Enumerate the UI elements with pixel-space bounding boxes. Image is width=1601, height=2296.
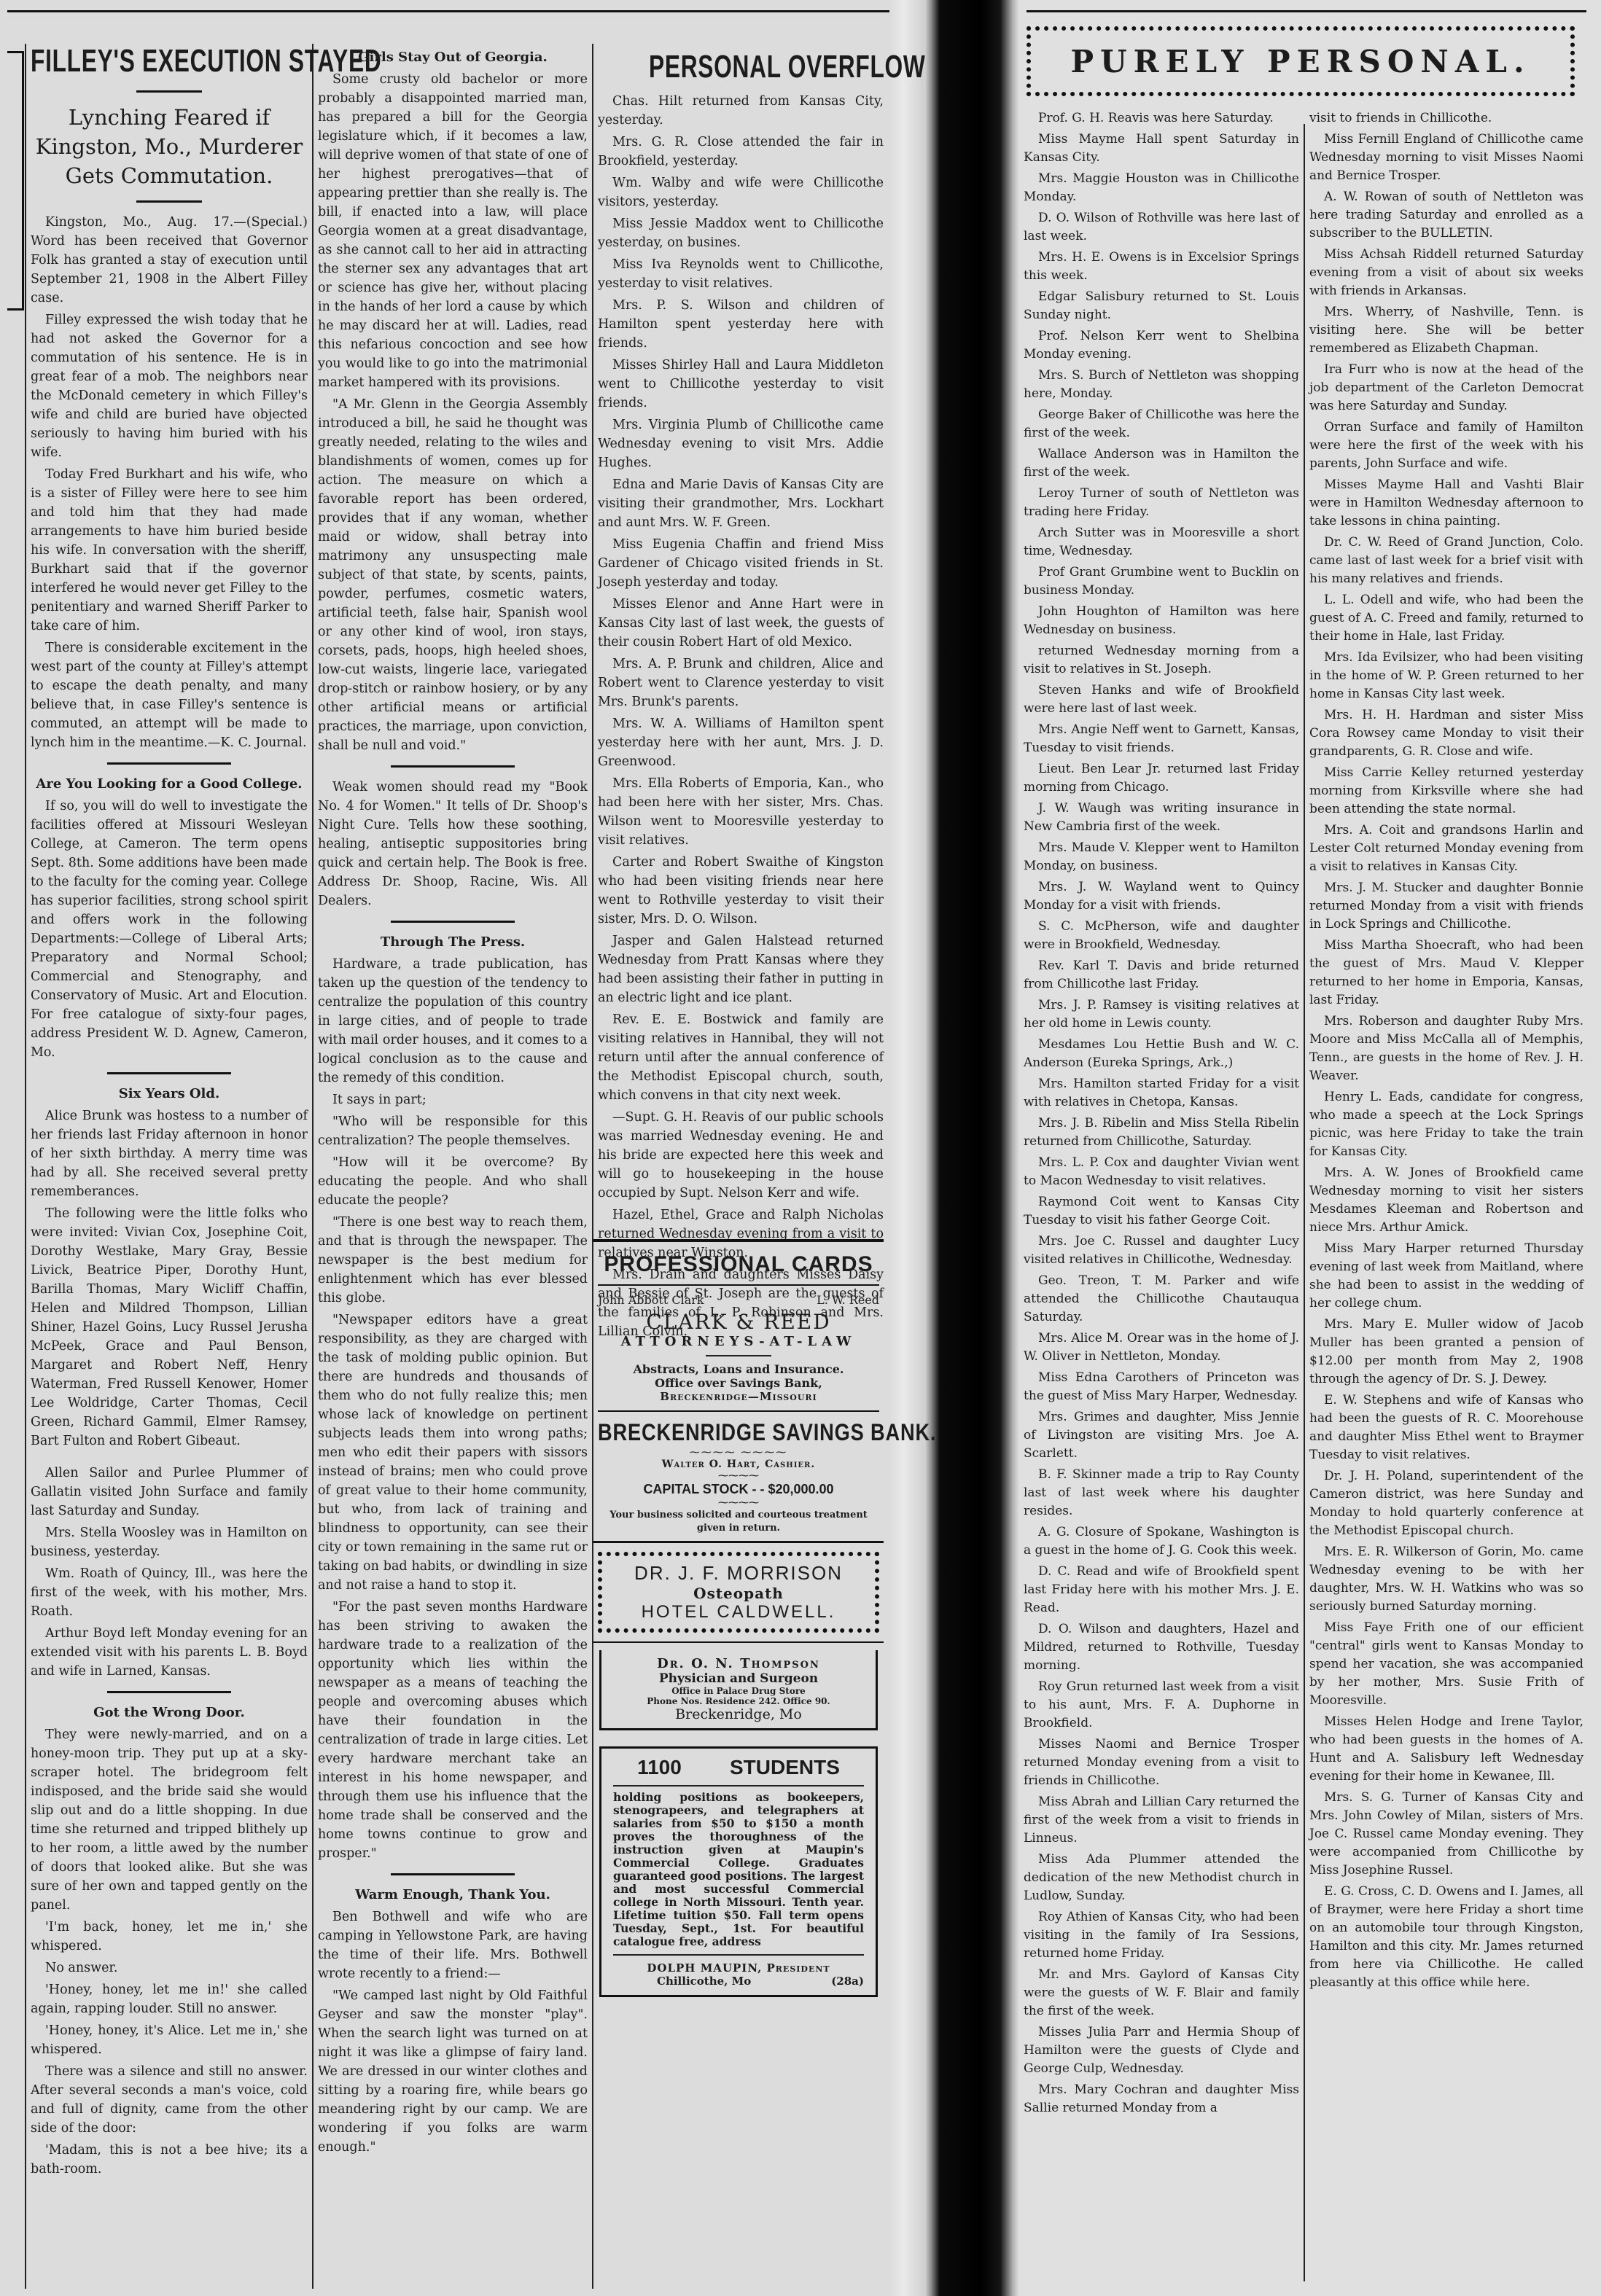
divider <box>136 90 202 93</box>
maupin-signer: DOLPH MAUPIN, President <box>613 1961 864 1975</box>
cropped-box <box>7 51 24 311</box>
press-title: Through The Press. <box>318 933 588 952</box>
personal-item: A. W. Rowan of south of Nettleton was he… <box>1309 188 1584 243</box>
morrison-card: DR. J. F. MORRISON Osteopath HOTEL CALDW… <box>598 1552 879 1633</box>
personal-item: Mrs. A. W. Jones of Brookfield came Wedn… <box>1309 1164 1584 1237</box>
personal-item: Mrs. L. P. Cox and daughter Vivian went … <box>1024 1154 1299 1190</box>
personal-item: Miss Mayme Hall spent Saturday in Kansas… <box>1024 130 1299 167</box>
personal-item: Mrs. Roberson and daughter Ruby Mrs. Moo… <box>1309 1012 1584 1085</box>
personal-item: Mrs. Grimes and daughter, Miss Jennie of… <box>1024 1408 1299 1463</box>
personal-item: D. O. Wilson of Rothville was here last … <box>1024 209 1299 246</box>
overflow-item: Mrs. G. R. Close attended the fair in Br… <box>598 133 884 171</box>
maupin-ad: 1100 STUDENTS holding positions as booke… <box>599 1746 878 1997</box>
local-item: Wm. Roath of Quincy, Ill., was here the … <box>31 1564 308 1621</box>
personal-item: Prof. G. H. Reavis was here Saturday. <box>1024 109 1299 128</box>
filley-paragraph: There is considerable excitement in the … <box>31 639 308 752</box>
personal-item: Roy Grun returned last week from a visit… <box>1024 1678 1299 1733</box>
personal-item: Mrs. Angie Neff went to Garnett, Kansas,… <box>1024 721 1299 757</box>
press-paragraph: "How will it be overcome? By educating t… <box>318 1153 588 1210</box>
personal-item: Arch Sutter was in Mooresville a short t… <box>1024 524 1299 561</box>
personal-item: Mrs. E. R. Wilkerson of Gorin, Mo. came … <box>1309 1543 1584 1616</box>
binding-gutter <box>924 0 1019 2296</box>
ornament: ⁓⁓⁓⁓ ⁓⁓⁓⁓ <box>598 1447 879 1459</box>
overflow-item: Carter and Robert Swaithe of Kingston wh… <box>598 853 884 929</box>
personal-item: Steven Hanks and wife of Brookfield were… <box>1024 682 1299 718</box>
georgia-title: Girls Stay Out of Georgia. <box>318 48 588 67</box>
filley-paragraph: Filley expressed the wish today that he … <box>31 311 308 462</box>
personal-item: Mrs. Hamilton started Friday for a visit… <box>1024 1075 1299 1112</box>
overflow-item: Mrs. Ella Roberts of Emporia, Kan., who … <box>598 774 884 850</box>
six-years-paragraph: Alice Brunk was hostess to a number of h… <box>31 1106 308 1201</box>
thompson-city: Breckenridge, Mo <box>612 1706 865 1722</box>
overflow-item: —Supt. G. H. Reavis of our public school… <box>598 1108 884 1203</box>
press-paragraph: "Newspaper editors have a great responsi… <box>318 1311 588 1595</box>
personal-item: Mrs. S. Burch of Nettleton was shopping … <box>1024 367 1299 403</box>
personal-item: George Baker of Chillicothe was here the… <box>1024 406 1299 442</box>
personal-item: Ira Furr who is now at the head of the j… <box>1309 361 1584 415</box>
filley-paragraph: Kingston, Mo., Aug. 17.—(Special.) Word … <box>31 213 308 308</box>
personal-item: Leroy Turner of south of Nettleton was t… <box>1024 485 1299 521</box>
personal-item: A. G. Closure of Spokane, Washington is … <box>1024 1523 1299 1560</box>
maupin-body: holding positions as bookeepers, stenogr… <box>613 1791 864 1948</box>
thompson-card: Dr. O. N. Thompson Physician and Surgeon… <box>599 1650 878 1730</box>
overflow-item: Mrs. Virginia Plumb of Chillicothe came … <box>598 415 884 472</box>
local-item: Arthur Boyd left Monday evening for an e… <box>31 1624 308 1681</box>
georgia-paragraph: "A Mr. Glenn in the Georgia Assembly int… <box>318 395 588 755</box>
bank-card: BRECKENRIDGE SAVINGS BANK. ⁓⁓⁓⁓ ⁓⁓⁓⁓ Wal… <box>593 1412 884 1541</box>
personal-item: Miss Edna Carothers of Princeton was the… <box>1024 1369 1299 1405</box>
capital-label: CAPITAL STOCK - - <box>643 1482 764 1496</box>
personal-item: Mrs. Mary Cochran and daughter Miss Sall… <box>1024 2081 1299 2117</box>
personal-item: Mrs. J. B. Ribelin and Miss Stella Ribel… <box>1024 1114 1299 1151</box>
firm-city: Breckenridge—Missouri <box>598 1390 879 1403</box>
wrong-door-paragraph: They were newly-married, and on a honey-… <box>31 1725 308 1915</box>
overflow-headline: PERSONAL OVERFLOW <box>598 48 884 86</box>
cards-headline: PROFESSIONAL CARDS <box>593 1252 884 1277</box>
overflow-item: Chas. Hilt returned from Kansas City, ye… <box>598 92 884 130</box>
personal-item: Mrs. Alice M. Orear was in the home of J… <box>1024 1329 1299 1366</box>
thompson-role: Physician and Surgeon <box>612 1671 865 1686</box>
personal-item: returned Wednesday morning from a visit … <box>1024 642 1299 679</box>
morrison-role: Osteopath <box>608 1585 869 1602</box>
personal-item: Mrs. A. Coit and grandsons Harlin and Le… <box>1309 821 1584 876</box>
personal-item: Miss Fernill England of Chillicothe came… <box>1309 130 1584 185</box>
six-years-title: Six Years Old. <box>31 1085 308 1104</box>
professional-cards: PROFESSIONAL CARDS John Abbott Clark L. … <box>593 1239 884 1997</box>
right-column-1: Prof. G. H. Reavis was here Saturday. Mi… <box>1024 109 1299 2120</box>
personal-item: Mrs. H. H. Hardman and sister Miss Cora … <box>1309 706 1584 761</box>
georgia-paragraph: Some crusty old bachelor or more probabl… <box>318 70 588 392</box>
personal-item: Miss Faye Frith one of our efficient "ce… <box>1309 1619 1584 1710</box>
firm-title: ATTORNEYS-AT-LAW <box>598 1334 879 1349</box>
personal-item: Mrs. S. G. Turner of Kansas City and Mrs… <box>1309 1789 1584 1880</box>
wrong-door-paragraph: 'Honey, honey, let me in!' she called ag… <box>31 1980 308 2018</box>
wrong-door-paragraph: 'I'm back, honey, let me in,' she whispe… <box>31 1918 308 1956</box>
personal-item: Misses Mayme Hall and Vashti Blair were … <box>1309 476 1584 531</box>
personal-item: D. O. Wilson and daughters, Hazel and Mi… <box>1024 1620 1299 1675</box>
thompson-phones: Phone Nos. Residence 242. Office 90. <box>612 1696 865 1706</box>
personal-item: Prof. Nelson Kerr went to Shelbina Monda… <box>1024 327 1299 364</box>
divider <box>136 200 202 203</box>
filley-deck: Lynching Feared if Kingston, Mo., Murder… <box>31 103 308 190</box>
overflow-item: Misses Shirley Hall and Laura Middleton … <box>598 356 884 413</box>
personal-item: Miss Carrie Kelley returned yesterday mo… <box>1309 764 1584 819</box>
press-paragraph: Hardware, a trade publication, has taken… <box>318 955 588 1088</box>
overflow-item: Mrs. W. A. Williams of Hamilton spent ye… <box>598 714 884 771</box>
personal-item: Miss Abrah and Lillian Cary returned the… <box>1024 1793 1299 1848</box>
overflow-item: Rev. E. E. Bostwick and family are visit… <box>598 1010 884 1105</box>
overflow-item: Wm. Walby and wife were Chillicothe visi… <box>598 173 884 211</box>
firm-name: CLARK & REED <box>598 1310 879 1334</box>
overflow-item: Edna and Marie Davis of Kansas City are … <box>598 475 884 532</box>
wrong-door-title: Got the Wrong Door. <box>31 1703 308 1722</box>
personal-item: B. F. Skinner made a trip to Ray County … <box>1024 1466 1299 1520</box>
divider <box>107 1072 231 1074</box>
personal-item: Misses Julia Parr and Hermia Shoup of Ha… <box>1024 2023 1299 2078</box>
divider <box>107 1691 231 1693</box>
personal-item: D. C. Read and wife of Brookfield spent … <box>1024 1563 1299 1617</box>
college-title: Are You Looking for a Good College. <box>31 775 308 794</box>
press-paragraph: "Who will be responsible for this centra… <box>318 1112 588 1150</box>
top-rule-left <box>7 10 889 12</box>
personal-item: S. C. McPherson, wife and daughter were … <box>1024 918 1299 954</box>
overflow-item: Misses Elenor and Anne Hart were in Kans… <box>598 595 884 652</box>
bank-cashier: Walter O. Hart, Cashier. <box>598 1459 879 1470</box>
overflow-item: Miss Iva Reynolds went to Chillicothe, y… <box>598 255 884 293</box>
press-paragraph: "There is one best way to reach them, an… <box>318 1213 588 1308</box>
personal-item: Mrs. Ida Evilsizer, who had been visitin… <box>1309 649 1584 703</box>
column-3: PERSONAL OVERFLOW Chas. Hilt returned fr… <box>598 48 884 1344</box>
personal-item: Mrs. Maude V. Klepper went to Hamilton M… <box>1024 839 1299 875</box>
wrong-door-paragraph: 'Honey, honey, it's Alice. Let me in,' s… <box>31 2021 308 2059</box>
capital-value: $20,000.00 <box>768 1482 833 1496</box>
morrison-place: HOTEL CALDWELL. <box>608 1602 869 1623</box>
personal-item: Dr. C. W. Reed of Grand Junction, Colo. … <box>1309 534 1584 588</box>
right-column-2: visit to friends in Chillicothe. Miss Fe… <box>1309 109 1584 1995</box>
six-years-paragraph: The following were the little folks who … <box>31 1204 308 1450</box>
page-fold <box>889 0 924 2296</box>
personal-item: Mesdames Lou Hettie Bush and W. C. Ander… <box>1024 1036 1299 1072</box>
column-rule <box>1304 124 1305 2281</box>
personal-item: Mrs. Wherry, of Nashville, Tenn. is visi… <box>1309 303 1584 358</box>
personal-item: E. W. Stephens and wife of Kansas who ha… <box>1309 1391 1584 1464</box>
local-item: Mrs. Stella Woosley was in Hamilton on b… <box>31 1523 308 1561</box>
overflow-item: Jasper and Galen Halstead returned Wedne… <box>598 932 884 1007</box>
local-item: Allen Sailor and Purlee Plummer of Galla… <box>31 1464 308 1520</box>
filley-headline: FILLEY'S EXECUTION STAYED <box>31 42 308 80</box>
firm-services: Abstracts, Loans and Insurance. <box>598 1362 879 1376</box>
wrong-door-paragraph: 'Madam, this is not a bee hive; its a ba… <box>31 2141 308 2179</box>
divider <box>107 762 231 765</box>
morrison-name: DR. J. F. MORRISON <box>608 1562 869 1585</box>
personal-item: Lieut. Ben Lear Jr. returned last Friday… <box>1024 760 1299 797</box>
press-paragraph: It says in part; <box>318 1090 588 1109</box>
divider <box>391 765 515 768</box>
students-word: STUDENTS <box>730 1756 840 1779</box>
personal-item: Dr. J. H. Poland, superintendent of the … <box>1309 1467 1584 1540</box>
partner-clark: John Abbott Clark <box>598 1293 704 1307</box>
overflow-item: Mrs. P. S. Wilson and children of Hamilt… <box>598 296 884 353</box>
personal-item: Mrs. J. P. Ramsey is visiting relatives … <box>1024 996 1299 1033</box>
warm-title: Warm Enough, Thank You. <box>318 1886 588 1905</box>
press-paragraph: "For the past seven months Hardware has … <box>318 1598 588 1863</box>
personal-item: Misses Helen Hodge and Irene Taylor, who… <box>1309 1713 1584 1786</box>
personal-item: Wallace Anderson was in Hamilton the fir… <box>1024 445 1299 482</box>
divider <box>391 1873 515 1875</box>
personal-item: Geo. Treon, T. M. Parker and wife attend… <box>1024 1272 1299 1327</box>
personal-item: Miss Mary Harper returned Thursday eveni… <box>1309 1240 1584 1313</box>
college-paragraph: If so, you will do well to investigate t… <box>31 797 308 1062</box>
column-rule <box>312 44 313 2289</box>
personal-item: Miss Ada Plummer attended the dedication… <box>1024 1851 1299 1905</box>
purely-personal-banner: PURELY PERSONAL. <box>1027 26 1575 96</box>
personal-item: Mrs. Maggie Houston was in Chillicothe M… <box>1024 170 1299 206</box>
warm-paragraph: "We camped last night by Old Faithful Ge… <box>318 1986 588 2157</box>
personal-item: Raymond Coit went to Kansas City Tuesday… <box>1024 1193 1299 1230</box>
students-count: 1100 <box>637 1756 682 1779</box>
overflow-item: Miss Jessie Maddox went to Chillicothe y… <box>598 214 884 252</box>
column-1: FILLEY'S EXECUTION STAYED Lynching Feare… <box>31 42 308 2182</box>
partner-reed: L. W. Reed <box>817 1293 879 1307</box>
filley-paragraph: Today Fred Burkhart and his wife, who is… <box>31 465 308 636</box>
personal-item: J. W. Waugh was writing insurance in New… <box>1024 800 1299 836</box>
shoop-ad: Weak women should read my "Book No. 4 fo… <box>318 778 588 910</box>
thompson-office: Office in Palace Drug Store <box>612 1686 865 1696</box>
wrong-door-paragraph: No answer. <box>31 1959 308 1977</box>
personal-item: Mrs. Mary E. Muller widow of Jacob Mulle… <box>1309 1316 1584 1389</box>
maupin-city: Chillicothe, Mo <box>657 1975 751 1988</box>
warm-paragraph: Ben Bothwell and wife who are camping in… <box>318 1908 588 1983</box>
maupin-code: (28a) <box>831 1975 864 1988</box>
personal-item: John Houghton of Hamilton was here Wedne… <box>1024 603 1299 639</box>
thompson-name: Dr. O. N. Thompson <box>612 1656 865 1671</box>
personal-item: E. G. Cross, C. D. Owens and I. James, a… <box>1309 1883 1584 1992</box>
personal-item: Mrs. J. M. Stucker and daughter Bonnie r… <box>1309 879 1584 934</box>
personal-item: visit to friends in Chillicothe. <box>1309 109 1584 128</box>
overflow-item: Mrs. A. P. Brunk and children, Alice and… <box>598 655 884 711</box>
wrong-door-paragraph: There was a silence and still no answer.… <box>31 2062 308 2138</box>
divider <box>391 921 515 923</box>
bank-tagline: Your business solicited and courteous tr… <box>598 1509 879 1535</box>
personal-item: Orran Surface and family of Hamilton wer… <box>1309 418 1584 473</box>
personal-item: Mrs. Joe C. Russel and daughter Lucy vis… <box>1024 1233 1299 1269</box>
personal-item: Miss Achsah Riddell returned Saturday ev… <box>1309 246 1584 300</box>
personal-item: L. L. Odell and wife, who had been the g… <box>1309 591 1584 646</box>
personal-item: Mrs. J. W. Wayland went to Quincy Monday… <box>1024 878 1299 915</box>
personal-item: Miss Martha Shoecraft, who had been the … <box>1309 937 1584 1010</box>
clark-reed-card: John Abbott Clark L. W. Reed CLARK & REE… <box>593 1286 884 1410</box>
top-rule-right <box>1027 10 1586 12</box>
purely-personal-headline: PURELY PERSONAL. <box>1070 44 1530 79</box>
column-rule <box>25 44 26 2289</box>
personal-item: Edgar Salisbury returned to St. Louis Su… <box>1024 288 1299 324</box>
personal-item: Mrs. H. E. Owens is in Excelsior Springs… <box>1024 249 1299 285</box>
personal-item: Roy Athien of Kansas City, who had been … <box>1024 1908 1299 1963</box>
ornament: ⁓⁓⁓⁓ <box>598 1470 879 1482</box>
overflow-item: Miss Eugenia Chaffin and friend Miss Gar… <box>598 535 884 592</box>
personal-item: Rev. Karl T. Davis and bride returned fr… <box>1024 957 1299 993</box>
personal-item: Prof Grant Grumbine went to Bucklin on b… <box>1024 563 1299 600</box>
personal-item: Misses Naomi and Bernice Trosper returne… <box>1024 1735 1299 1790</box>
personal-item: Mr. and Mrs. Gaylord of Kansas City were… <box>1024 1966 1299 2020</box>
personal-item: Henry L. Eads, candidate for congress, w… <box>1309 1088 1584 1161</box>
firm-office: Office over Savings Bank, <box>598 1376 879 1390</box>
bank-name: BRECKENRIDGE SAVINGS BANK. <box>598 1418 936 1447</box>
ornament: ⁓⁓⁓⁓ <box>598 1497 879 1509</box>
column-2: Girls Stay Out of Georgia. Some crusty o… <box>318 48 588 2160</box>
